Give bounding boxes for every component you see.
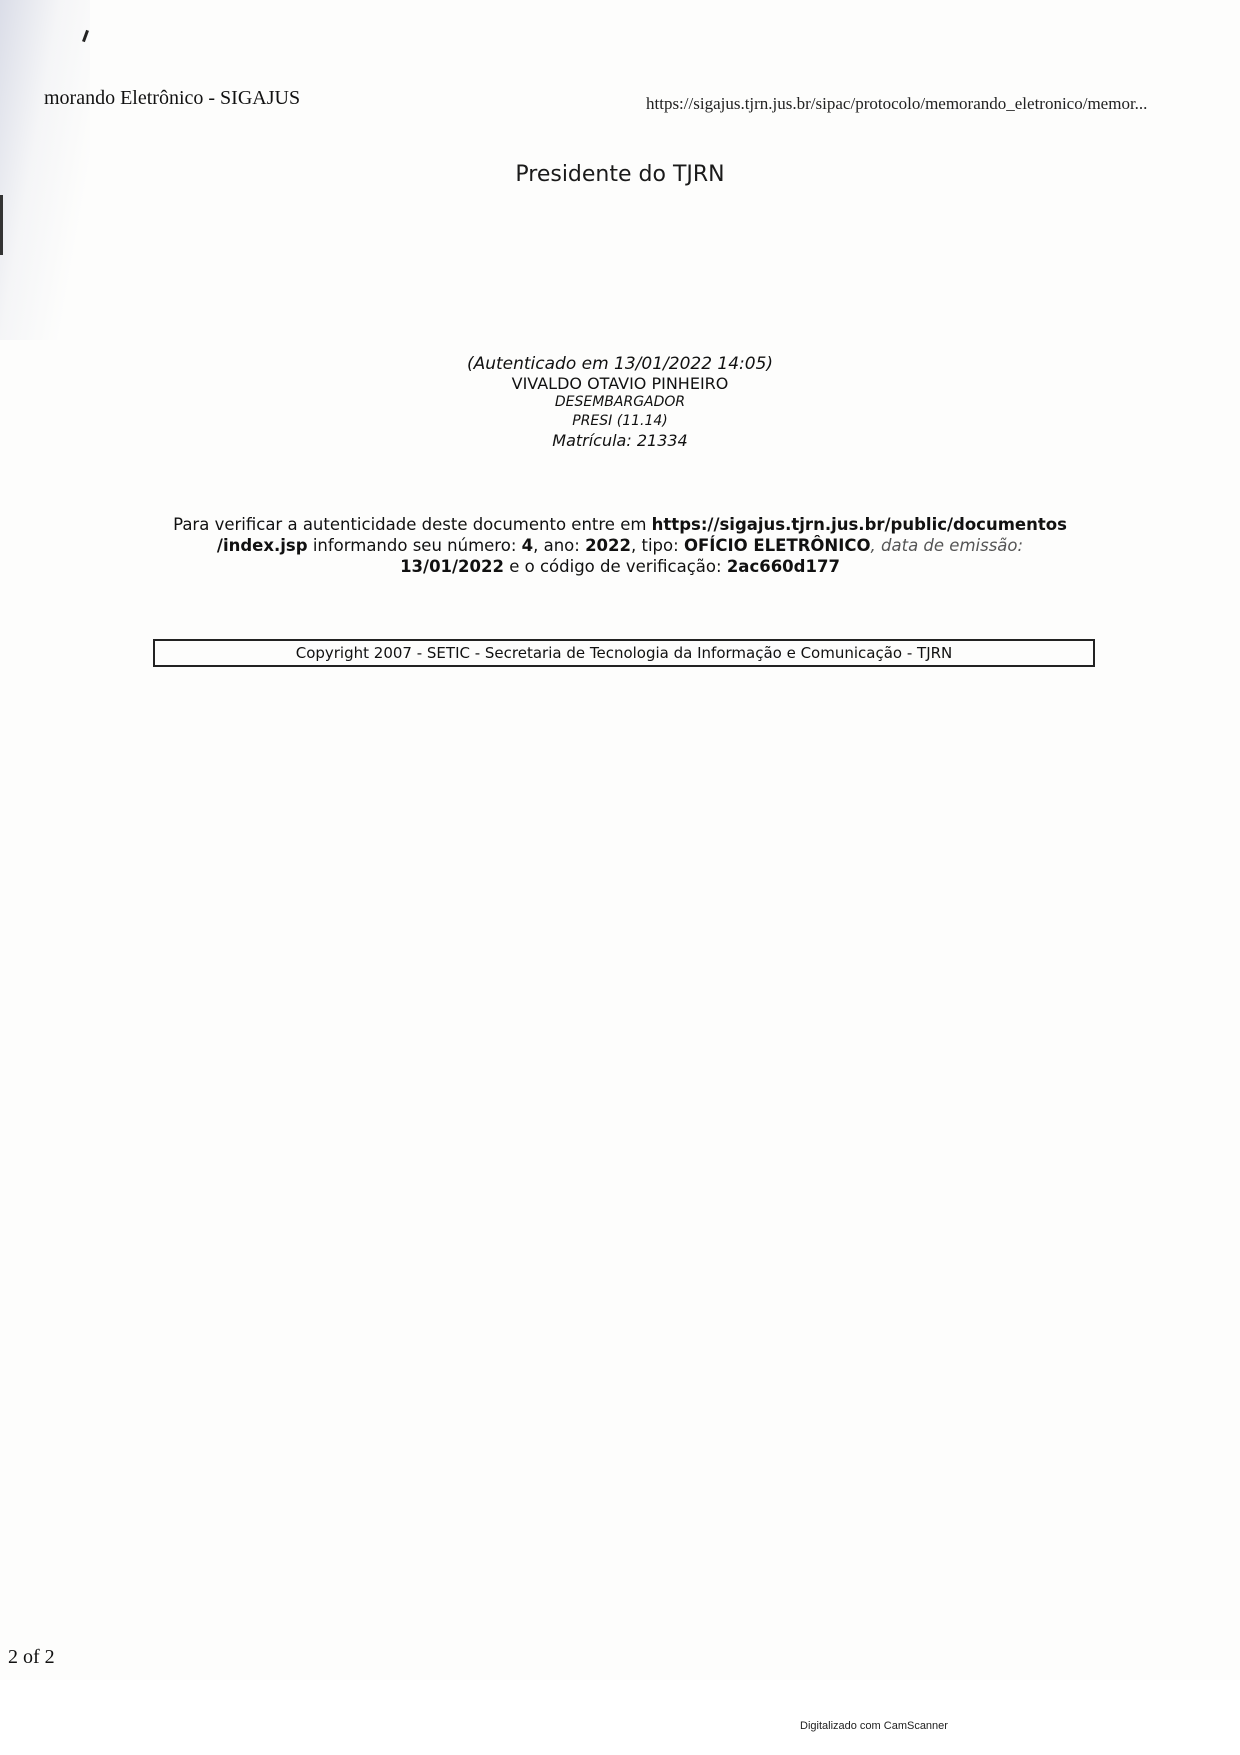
scan-mark bbox=[82, 30, 89, 42]
verification-intro: Para verificar a autenticidade deste doc… bbox=[173, 515, 646, 534]
document-type: OFÍCIO ELETRÔNICO bbox=[684, 536, 871, 555]
copyright-text: Copyright 2007 - SETIC - Secretaria de T… bbox=[296, 644, 953, 662]
signature-block: (Autenticado em 13/01/2022 14:05) VIVALD… bbox=[0, 355, 1240, 450]
print-header-title: morando Eletrônico - SIGAJUS bbox=[44, 87, 300, 110]
issue-date: 13/01/2022 bbox=[400, 557, 504, 576]
print-header-url: https://sigajus.tjrn.jus.br/sipac/protoc… bbox=[646, 94, 1236, 114]
scanner-watermark: Digitalizado com CamScanner bbox=[800, 1720, 948, 1732]
signer-unit: PRESI (11.14) bbox=[0, 412, 1240, 431]
scan-edge-mark bbox=[0, 195, 3, 255]
document-year: 2022 bbox=[585, 536, 631, 555]
page-number: 2 of 2 bbox=[8, 1646, 55, 1669]
verification-code: 2ac660d177 bbox=[727, 557, 840, 576]
verification-notice: Para verificar a autenticidade deste doc… bbox=[150, 514, 1090, 577]
signer-name: VIVALDO OTAVIO PINHEIRO bbox=[0, 374, 1240, 393]
signer-role: DESEMBARGADOR bbox=[0, 393, 1240, 412]
signer-registration: Matrícula: 21334 bbox=[0, 431, 1240, 450]
scanned-page: morando Eletrônico - SIGAJUS https://sig… bbox=[0, 0, 1240, 1680]
document-number: 4 bbox=[522, 536, 533, 555]
document-title: Presidente do TJRN bbox=[0, 162, 1240, 187]
authentication-timestamp: (Autenticado em 13/01/2022 14:05) bbox=[0, 355, 1240, 374]
copyright-box: Copyright 2007 - SETIC - Secretaria de T… bbox=[153, 639, 1095, 667]
